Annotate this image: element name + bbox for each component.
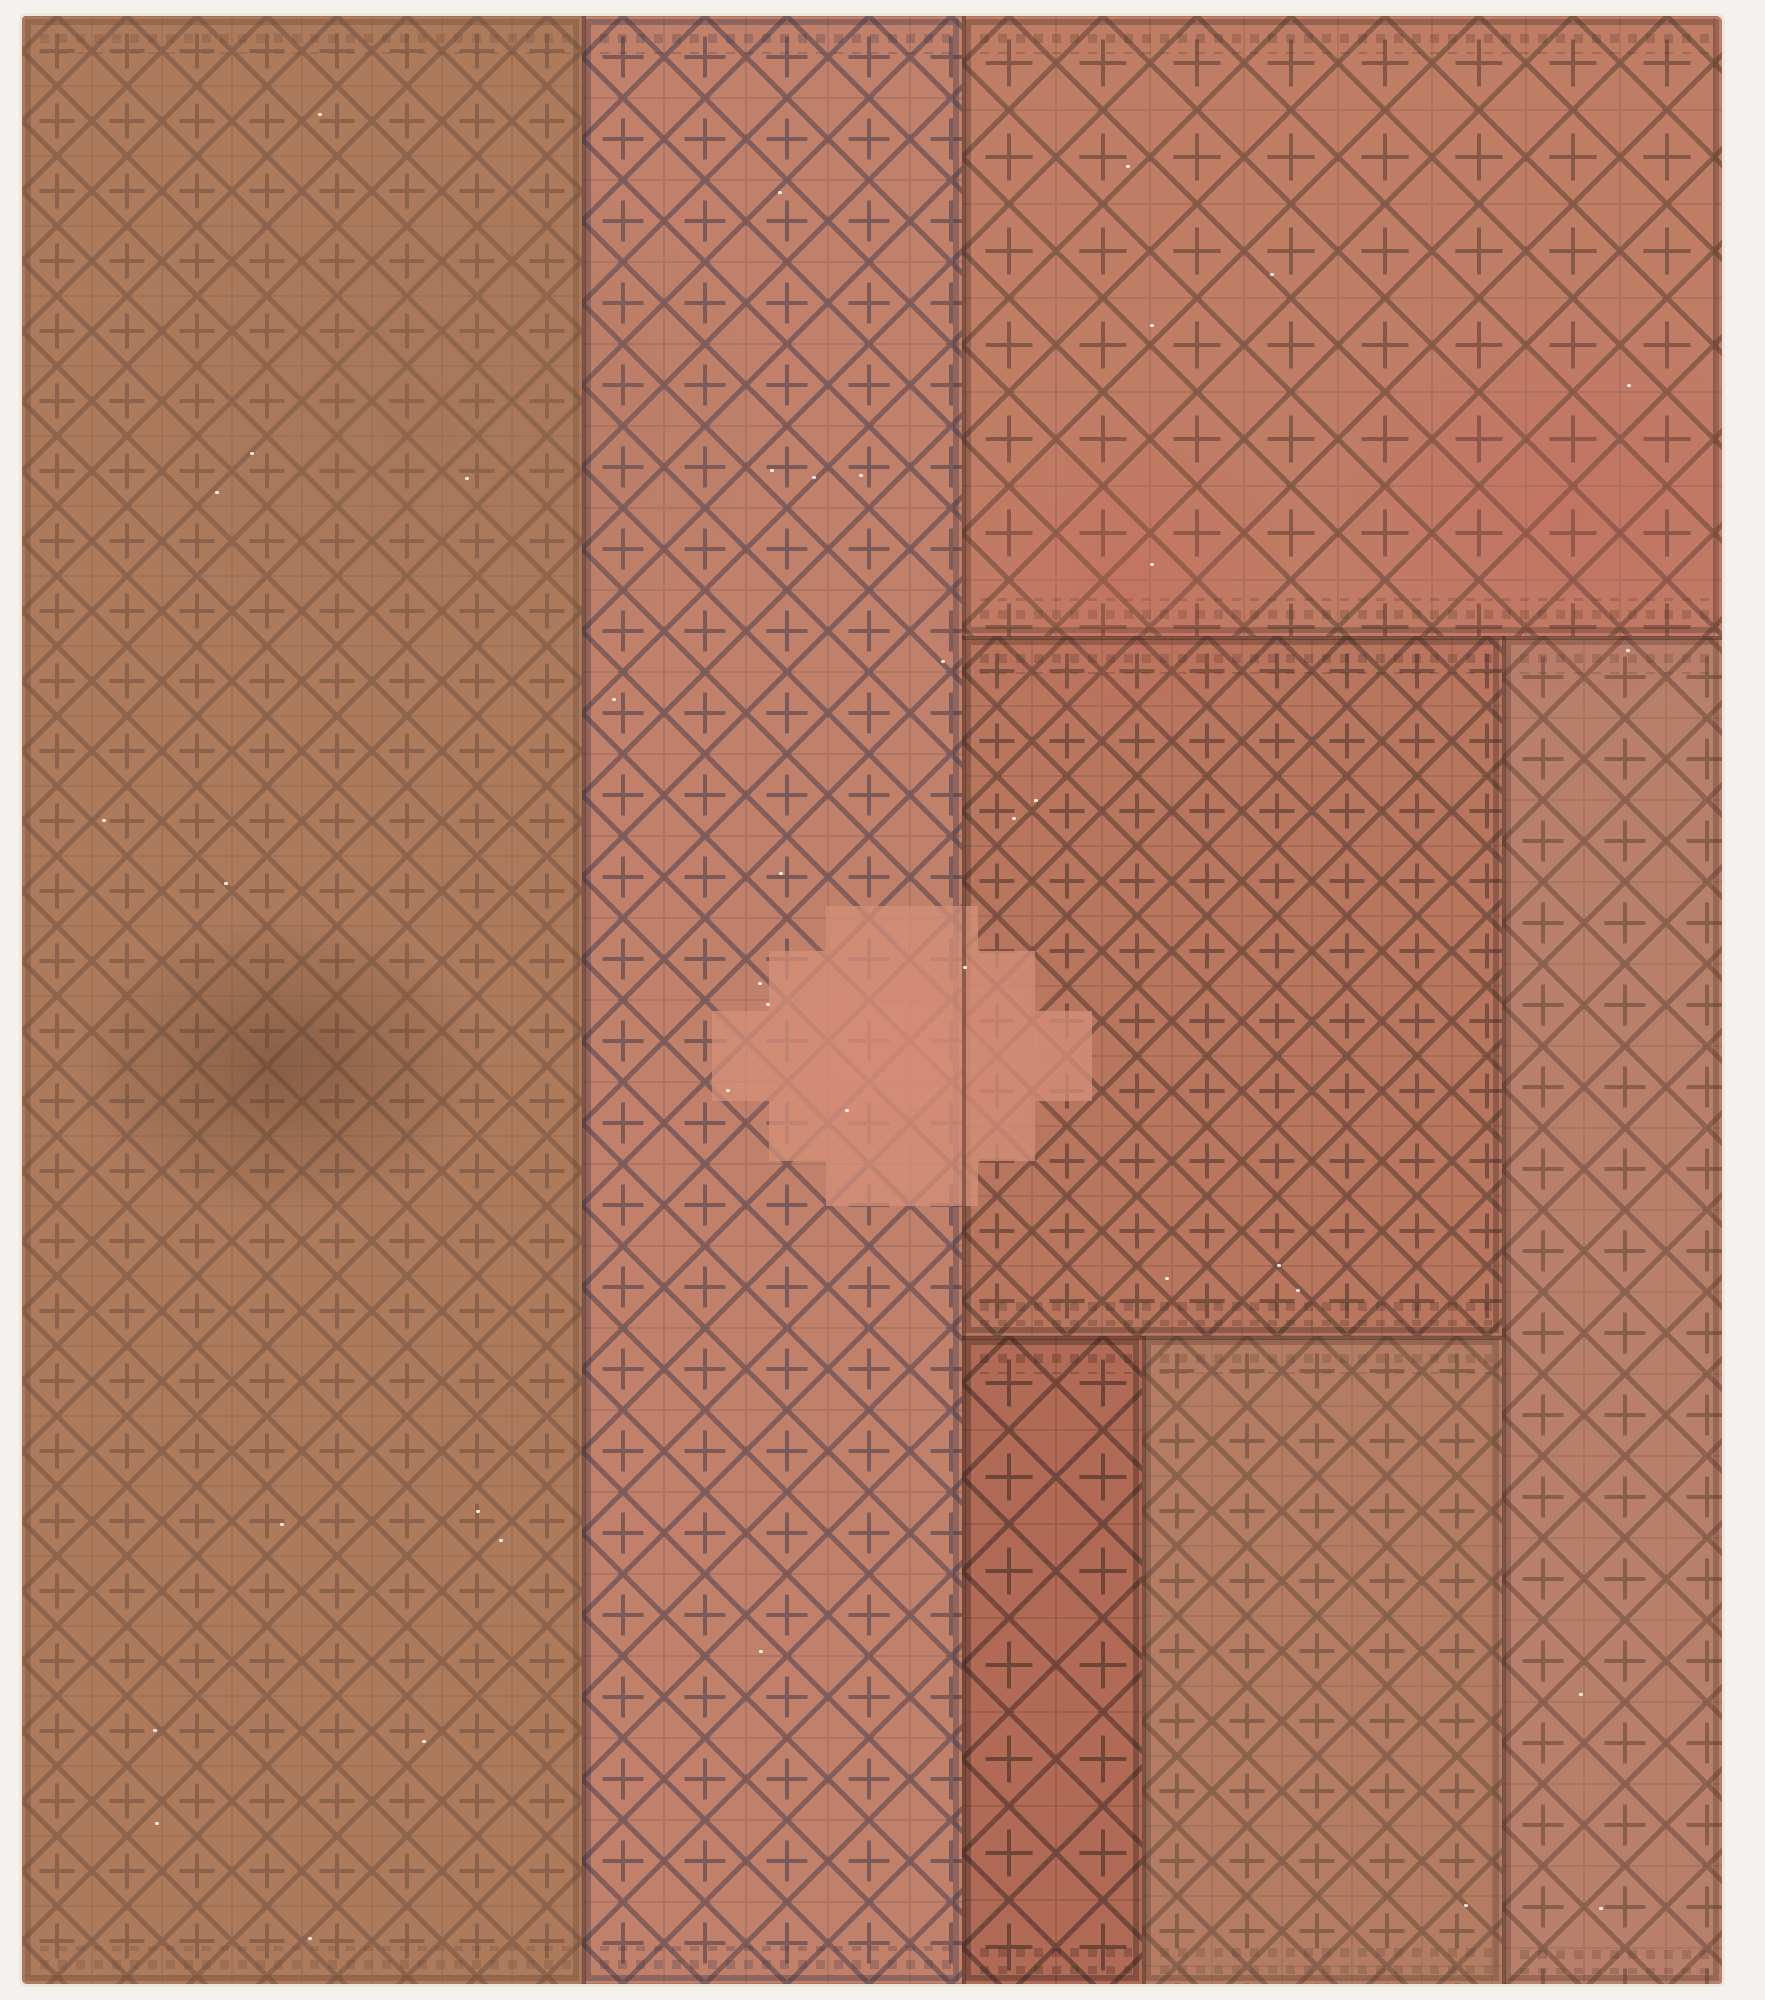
fiber-speck (759, 1650, 763, 1653)
fiber-speck (1165, 1277, 1169, 1280)
fiber-speck (476, 1510, 480, 1513)
fiber-speck (812, 476, 816, 479)
fiber-speck (1126, 165, 1130, 168)
fiber-speck (1270, 273, 1274, 276)
fiber-speck (779, 872, 783, 875)
fiber-speck (941, 660, 945, 663)
fiber-speck (1296, 1289, 1300, 1292)
patch-top-right (962, 16, 1722, 636)
patch-right-border (1502, 636, 1722, 1984)
fiber-speck (612, 698, 616, 701)
patch-seam (582, 16, 586, 1984)
fiber-speck (1150, 563, 1154, 566)
fiber-speck (422, 1740, 426, 1743)
fiber-speck (308, 1937, 312, 1940)
fiber-speck (1599, 1907, 1603, 1910)
fiber-speck (726, 1089, 730, 1092)
fiber-speck (224, 882, 228, 885)
patch-lower-center-dark (962, 1336, 1142, 1984)
fiber-speck (1150, 324, 1154, 327)
patch-seam (1142, 1336, 1146, 1984)
fiber-speck (859, 474, 863, 477)
fiber-speck (845, 1109, 849, 1112)
fiber-speck (963, 966, 967, 969)
fiber-speck (250, 452, 254, 455)
fiber-speck (1464, 1904, 1468, 1907)
patch-seam (962, 1336, 1502, 1340)
fiber-speck (280, 1523, 284, 1526)
fiber-speck (215, 491, 219, 494)
center-medallion (712, 906, 1092, 1206)
fiber-speck (766, 1003, 770, 1006)
fiber-speck (318, 113, 322, 116)
fiber-speck (102, 819, 106, 822)
fiber-speck (155, 1822, 159, 1825)
patch-left-column (22, 16, 582, 1984)
fiber-speck (1277, 1264, 1281, 1267)
fiber-speck (1034, 799, 1038, 802)
fiber-speck (153, 1729, 157, 1732)
fiber-speck (1012, 817, 1016, 820)
fiber-speck (499, 1539, 503, 1542)
patch-seam (962, 636, 1722, 640)
fiber-speck (465, 477, 469, 480)
patch-mid-right (962, 636, 1502, 1336)
fiber-speck (758, 982, 762, 985)
fiber-speck (770, 469, 774, 472)
rug-photo (22, 16, 1722, 1984)
fiber-speck (1579, 1693, 1583, 1696)
patch-lower-right (1142, 1336, 1502, 1984)
fiber-speck (1626, 649, 1630, 652)
patch-seam (1502, 636, 1506, 1984)
patch-seam (962, 16, 966, 1984)
fiber-speck (1627, 384, 1631, 387)
fiber-speck (778, 191, 782, 194)
